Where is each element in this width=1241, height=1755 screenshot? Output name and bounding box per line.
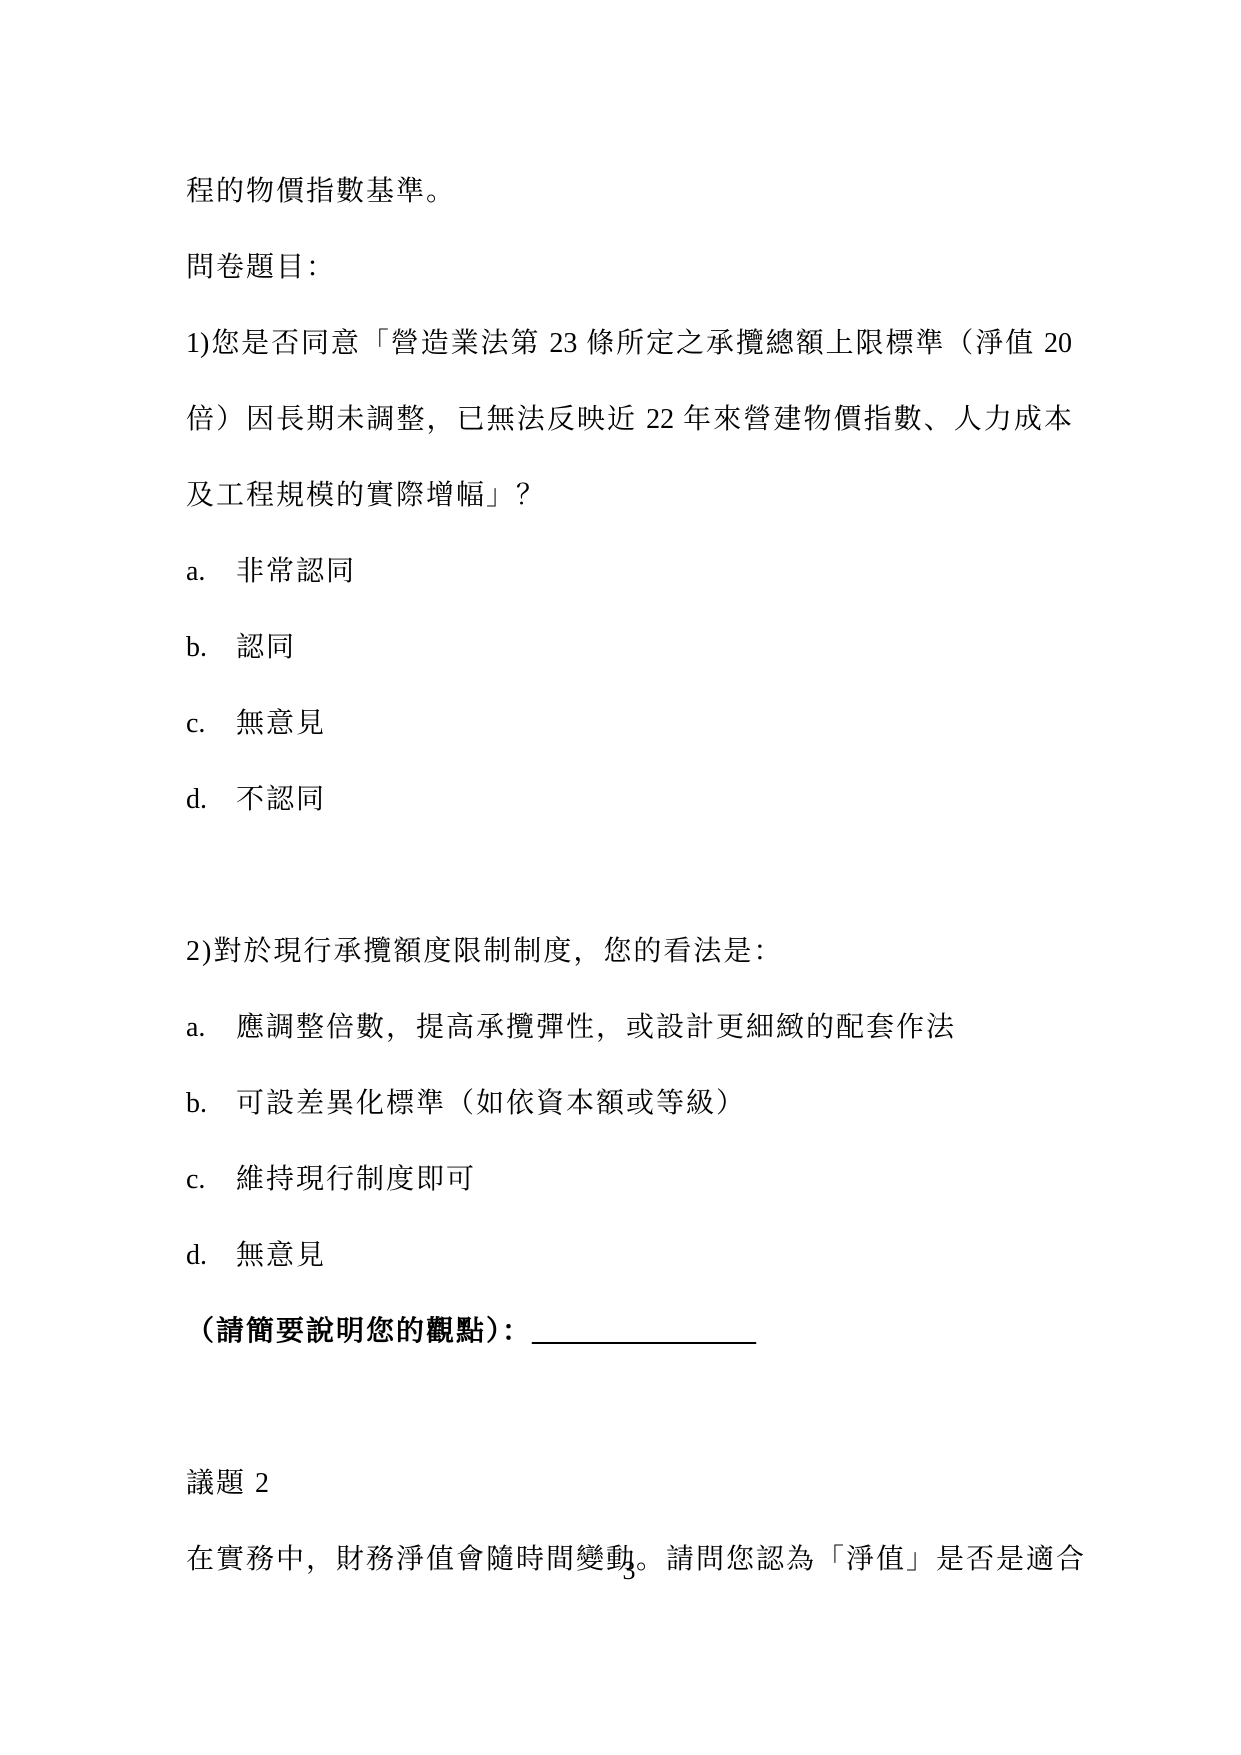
option-label: d. bbox=[186, 782, 236, 818]
comment-prompt-text: （請簡要說明您的觀點）： bbox=[186, 1316, 532, 1347]
text-line: 倍）因長期未調整，已無法反映近 22 年來營建物價指數、人力成本 bbox=[186, 402, 1072, 478]
comment-prompt-line: （請簡要說明您的觀點）：________________ bbox=[186, 1314, 1072, 1390]
option-row: d.無意見 bbox=[186, 1238, 1072, 1314]
option-row: d.不認同 bbox=[186, 782, 1072, 858]
option-text: 維持現行制度即可 bbox=[236, 1164, 476, 1195]
option-row: a.應調整倍數，提高承攬彈性，或設計更細緻的配套作法 bbox=[186, 1010, 1072, 1086]
option-text: 認同 bbox=[236, 632, 296, 663]
option-label: b. bbox=[186, 630, 236, 666]
option-text: 不認同 bbox=[236, 784, 326, 815]
text-line: 1)您是否同意「營造業法第 23 條所定之承攬總額上限標準（淨值 20 bbox=[186, 326, 1072, 402]
option-text: 可設差異化標準（如依資本額或等級） bbox=[236, 1088, 746, 1119]
text-line: 2)對於現行承攬額度限制制度，您的看法是： bbox=[186, 934, 1072, 1010]
option-text: 非常認同 bbox=[236, 556, 356, 587]
text-line: 及工程規模的實際增幅」？ bbox=[186, 478, 1072, 554]
option-label: a. bbox=[186, 554, 236, 590]
option-row: c.無意見 bbox=[186, 706, 1072, 782]
blank-line bbox=[186, 1390, 1072, 1466]
option-text: 應調整倍數，提高承攬彈性，或設計更細緻的配套作法 bbox=[236, 1012, 956, 1043]
option-row: a.非常認同 bbox=[186, 554, 1072, 630]
option-row: b.認同 bbox=[186, 630, 1072, 706]
text-line: 問卷題目： bbox=[186, 250, 1072, 326]
blank-line bbox=[186, 858, 1072, 934]
document-body: 程的物價指數基準。問卷題目：1)您是否同意「營造業法第 23 條所定之承攬總額上… bbox=[186, 174, 1072, 1618]
option-row: c.維持現行制度即可 bbox=[186, 1162, 1072, 1238]
document-page: 程的物價指數基準。問卷題目：1)您是否同意「營造業法第 23 條所定之承攬總額上… bbox=[0, 0, 1241, 1755]
fill-in-blank: ________________ bbox=[532, 1316, 756, 1347]
option-text: 無意見 bbox=[236, 708, 326, 739]
option-label: b. bbox=[186, 1086, 236, 1122]
option-label: c. bbox=[186, 706, 236, 742]
option-label: a. bbox=[186, 1010, 236, 1046]
option-row: b.可設差異化標準（如依資本額或等級） bbox=[186, 1086, 1072, 1162]
page-number: 3 bbox=[186, 1556, 1072, 1586]
text-line: 程的物價指數基準。 bbox=[186, 174, 1072, 250]
option-label: d. bbox=[186, 1238, 236, 1274]
option-label: c. bbox=[186, 1162, 236, 1198]
option-text: 無意見 bbox=[236, 1240, 326, 1271]
text-line: 議題 2 bbox=[186, 1466, 1072, 1542]
